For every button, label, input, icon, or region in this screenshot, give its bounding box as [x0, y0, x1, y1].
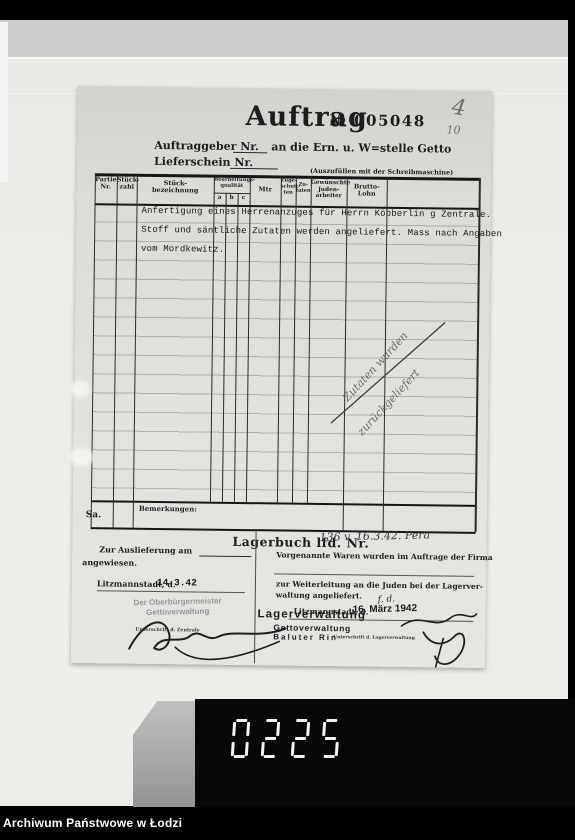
signature-right-descender [433, 638, 443, 668]
orderer-number-blank [233, 140, 267, 153]
signature-caption-left: Unterschrift d. Zentrale [135, 627, 199, 634]
col-header-partie-nr: Partie Nr. [95, 176, 117, 191]
counter-digit [261, 719, 281, 758]
frame-counter-panel [195, 699, 575, 807]
col-header-zutaten: Zu- taten [296, 183, 311, 195]
hand-initials: f. d. [377, 594, 395, 605]
lagerverwaltung-stamp-line-1: Lagerverwaltung [257, 608, 366, 621]
col-header-quality-a: a [214, 195, 226, 202]
goods-statement-line-2: zur Weiterleitung an die Juden bei der L… [276, 579, 483, 591]
microfilm-frame: Auftrag № 005048 4 10 Auftraggeber Nr. a… [0, 0, 575, 840]
paper-damage-spot [69, 448, 93, 466]
film-scratch-line [0, 57, 568, 59]
stamp-line: Gettoverwaltung [122, 606, 234, 619]
firm-name-blank [274, 563, 474, 576]
signature-left-flourish [175, 640, 279, 660]
col-header-bearbeitungsqualitaet: Bearbeitungs- qualität [214, 178, 250, 190]
lagerverwaltung-stamp-line-3: Baluter Rin [273, 632, 338, 642]
delivery-date-blank [199, 546, 251, 558]
col-header-quality-b: b [226, 195, 238, 202]
counter-digit [321, 719, 341, 758]
signature-right [423, 632, 464, 664]
col-header-mtr: Mtr [250, 186, 281, 194]
signature-caption-right: Unterschrift d. Lagerverwaltung [333, 635, 415, 641]
typed-line-3: vom Mordkewitz. [141, 244, 224, 255]
col-header-stueckbezeichnung: Stück- bezeichnung [137, 180, 214, 196]
col-header-quality-c: c [238, 195, 250, 202]
date-rule-left [97, 580, 245, 593]
delivery-instruction-line-1: Zur Auslieferung am [99, 544, 192, 555]
footer-divider-line [254, 529, 257, 663]
col-header-bruttolohn: Brutto- Lohn [347, 183, 387, 198]
col-header-judenarbeiter: Gewünschte Juden- arbeiter [311, 180, 347, 200]
goods-statement-line-1: Vorgenannte Waren wurden im Auftrage der… [276, 550, 493, 562]
lagerbuch-entry-handwritten: 136 v. 16.3.42. Pera [319, 528, 430, 544]
document-auftrag-form: Auftrag № 005048 4 10 Auftraggeber Nr. a… [71, 86, 492, 668]
col-header-stueckzahl: Stück- zahl [117, 176, 137, 191]
counter-digits [231, 719, 341, 758]
goods-statement-line-3: waltung angeliefert. [276, 590, 362, 600]
counter-digit [291, 719, 311, 758]
recipient-text: an die Ern. u. W=stelle Getto [271, 140, 451, 155]
col-header-zugeschnitten: Zuge- schnit- ten [281, 178, 296, 195]
oberbuergermeister-stamp: Der Oberbürgermeister Gettoverwaltung [121, 596, 233, 619]
counter-digit [231, 719, 251, 758]
paper-damage-spot [70, 381, 90, 397]
sum-label: Sa. [86, 510, 102, 520]
delivery-instruction-line-2: angewiesen. [82, 557, 137, 568]
form-number: № 005048 [329, 111, 425, 130]
archive-watermark: Archiwum Państwowe w Łodzi [3, 816, 182, 830]
film-edge-strip [0, 22, 8, 182]
page-mark-sub-handwritten: 10 [446, 124, 460, 137]
page-mark-handwritten: 4 [450, 95, 468, 122]
delivery-note-blank [230, 156, 278, 170]
film-band [0, 20, 568, 57]
remarks-label: Bemerkungen: [139, 504, 197, 514]
